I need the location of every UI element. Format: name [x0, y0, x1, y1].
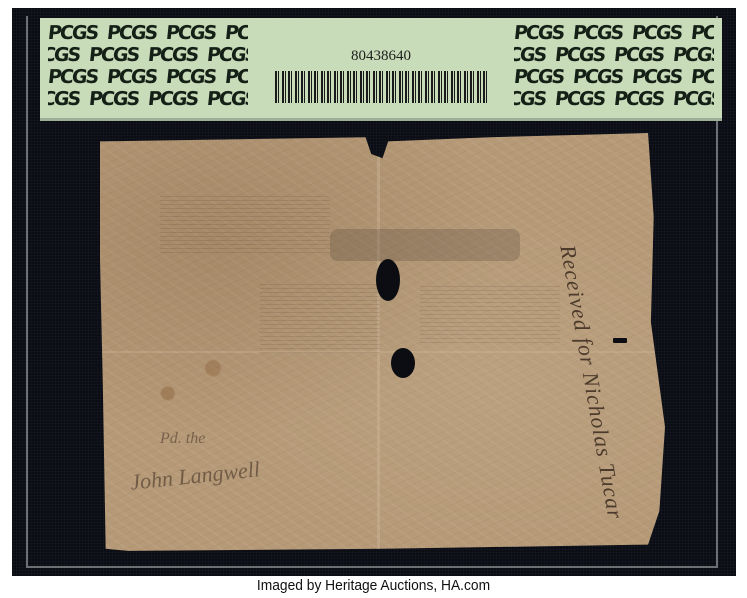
pcgs-logo-icon: PCGS	[514, 24, 564, 42]
pcgs-logo-icon: PCGS	[673, 46, 714, 64]
pcgs-logo-icon: PCGS	[631, 24, 682, 42]
pcgs-logo-icon: PCGS	[225, 24, 248, 42]
pcgs-logo-icon: PCGS	[106, 24, 157, 42]
image-credit-caption: Imaged by Heritage Auctions, HA.com	[30, 577, 717, 594]
pcgs-logo-icon: PCGS	[165, 24, 216, 42]
pcgs-logo-icon: PCGS	[48, 24, 98, 42]
faded-print-block	[260, 283, 380, 353]
pcgs-logo-icon: PCGS	[572, 68, 623, 86]
pcgs-logo-icon: PCGS	[88, 90, 139, 108]
faded-print-block	[160, 193, 330, 253]
pcgs-logo-icon: PCGS	[631, 68, 682, 86]
pcgs-logo-icon: PCGS	[613, 90, 664, 108]
pcgs-logo-icon: PCGS	[207, 46, 248, 64]
pcgs-logo-icon: PCGS	[147, 90, 198, 108]
pcgs-logo-icon: PCGS	[673, 90, 714, 108]
paper-hole	[391, 348, 415, 378]
pcgs-logo-pattern-left: PCGSPCGSPCGSPCGS PCGSPCGSPCGSPCGS PCGSPC…	[48, 24, 248, 112]
pcgs-logo-icon: PCGS	[48, 68, 98, 86]
pcgs-logo-icon: PCGS	[613, 46, 664, 64]
faded-vignette	[330, 229, 520, 261]
pcgs-logo-icon: PCGS	[691, 68, 714, 86]
pcgs-logo-icon: PCGS	[225, 68, 248, 86]
barcode-icon	[275, 71, 487, 103]
pcgs-logo-icon: PCGS	[691, 24, 714, 42]
handwritten-inscription: Received for Nicholas Tucar	[554, 243, 628, 521]
paper-hole	[376, 259, 400, 301]
pcgs-logo-icon: PCGS	[207, 90, 248, 108]
pcgs-logo-icon: PCGS	[514, 46, 546, 64]
pcgs-label: PCGSPCGSPCGSPCGS PCGSPCGSPCGSPCGS PCGSPC…	[40, 18, 722, 118]
banknote-back: Received for Nicholas Tucar Pd. the John…	[100, 133, 665, 553]
pcgs-logo-icon: PCGS	[165, 68, 216, 86]
pcgs-logo-icon: PCGS	[88, 46, 139, 64]
pcgs-logo-icon: PCGS	[514, 68, 564, 86]
pcgs-logo-icon: PCGS	[147, 46, 198, 64]
certification-panel: 80438640	[266, 18, 496, 118]
pcgs-logo-icon: PCGS	[554, 46, 605, 64]
faded-signature: John Langwell	[129, 456, 261, 495]
pcgs-logo-pattern-right: PCGSPCGSPCGSPCGS PCGSPCGSPCGSPCGS PCGSPC…	[514, 24, 714, 112]
pcgs-logo-icon: PCGS	[106, 68, 157, 86]
pcgs-logo-icon: PCGS	[48, 90, 80, 108]
paper-tear	[613, 338, 627, 343]
pcgs-logo-icon: PCGS	[48, 46, 80, 64]
signature-prefix: Pd. the	[160, 430, 205, 448]
pcgs-logo-icon: PCGS	[514, 90, 546, 108]
faded-print-block	[420, 283, 560, 343]
pcgs-logo-icon: PCGS	[572, 24, 623, 42]
certification-number: 80438640	[266, 48, 496, 65]
pcgs-logo-icon: PCGS	[554, 90, 605, 108]
